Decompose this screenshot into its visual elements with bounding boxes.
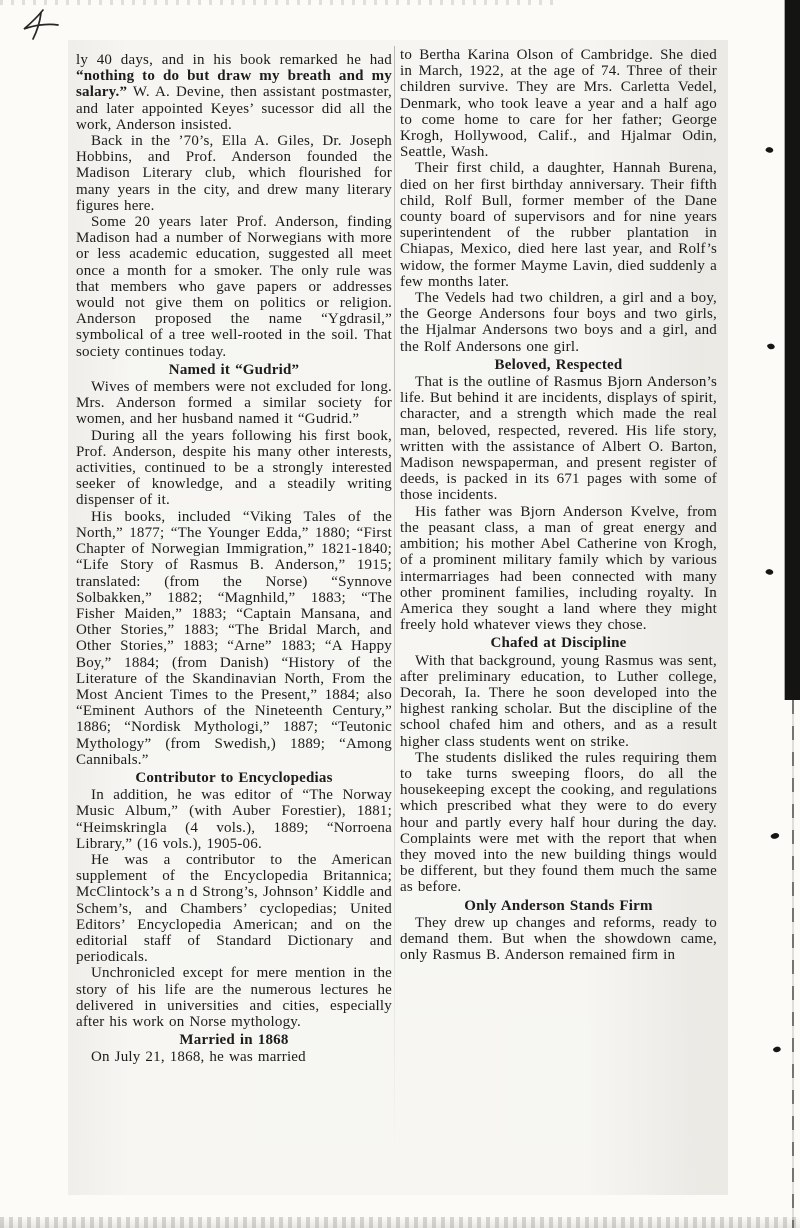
article-left-column: ly 40 days, and in his book remarked he … (76, 52, 392, 1066)
ink-speck (765, 145, 774, 154)
article-paragraph: The Vedels had two children, a girl and … (400, 290, 717, 355)
handwritten-four-glyph (18, 6, 62, 46)
body-text: They drew up changes and reforms, ready … (400, 915, 717, 963)
body-text: The students disliked the rules requirin… (400, 750, 717, 896)
body-text: to Bertha Karina Olson of Cambridge. She… (400, 47, 717, 160)
section-heading: Beloved, Respected (400, 357, 717, 373)
section-heading: Only Anderson Stands Firm (400, 898, 717, 914)
article-paragraph: Some 20 years later Prof. Anderson, find… (76, 214, 392, 360)
section-heading: Chafed at Discipline (400, 635, 717, 651)
body-text: His books, included “Viking Tales of the… (76, 509, 392, 768)
article-paragraph: He was a contributor to the American sup… (76, 852, 392, 965)
body-text: Unchronicled except for mere mention in … (76, 965, 392, 1030)
article-paragraph: That is the outline of Rasmus Bjorn Ande… (400, 374, 717, 504)
article-paragraph: His father was Bjorn Anderson Kvelve, fr… (400, 504, 717, 634)
article-right-column: to Bertha Karina Olson of Cambridge. She… (400, 47, 717, 963)
scan-edge-black-bar (785, 0, 800, 700)
body-text: That is the outline of Rasmus Bjorn Ande… (400, 374, 717, 503)
article-paragraph: The students disliked the rules requirin… (400, 750, 717, 896)
ink-speck (772, 1045, 781, 1054)
article-paragraph: ly 40 days, and in his book remarked he … (76, 52, 392, 133)
column-divider-rule (394, 46, 395, 1151)
body-text: Back in the ’70’s, Ella A. Giles, Dr. Jo… (76, 133, 392, 214)
body-text: The Vedels had two children, a girl and … (400, 290, 717, 355)
article-paragraph: to Bertha Karina Olson of Cambridge. She… (400, 47, 717, 160)
scan-noise-bottom (0, 1217, 800, 1228)
newspaper-scan-page: ly 40 days, and in his book remarked he … (0, 0, 800, 1228)
handwritten-page-number (18, 6, 62, 46)
body-text: Their first child, a daughter, Hannah Bu… (400, 160, 717, 289)
ink-speck (765, 567, 774, 576)
article-paragraph: During all the years following his first… (76, 428, 392, 509)
section-heading: Married in 1868 (76, 1032, 392, 1048)
section-heading: Named it “Gudrid” (76, 362, 392, 378)
article-paragraph: On July 21, 1868, he was married (76, 1049, 392, 1065)
body-text: In addition, he was editor of “The Norwa… (76, 787, 392, 852)
article-paragraph: Back in the ’70’s, Ella A. Giles, Dr. Jo… (76, 133, 392, 214)
ink-speck (770, 831, 780, 841)
body-text: His father was Bjorn Anderson Kvelve, fr… (400, 504, 717, 633)
body-text: Wives of members were not excluded for l… (76, 379, 392, 427)
article-paragraph: Wives of members were not excluded for l… (76, 379, 392, 428)
article-paragraph: In addition, he was editor of “The Norwa… (76, 787, 392, 852)
body-text: ly 40 days, and in his book remarked he … (76, 52, 392, 68)
article-paragraph: They drew up changes and reforms, ready … (400, 915, 717, 964)
ink-speck (767, 342, 776, 350)
article-paragraph: Their first child, a daughter, Hannah Bu… (400, 160, 717, 290)
scan-noise-top (0, 0, 560, 5)
article-paragraph: His books, included “Viking Tales of the… (76, 509, 392, 768)
body-text: With that background, young Rasmus was s… (400, 653, 717, 750)
section-heading: Contributor to Encyclopedias (76, 770, 392, 786)
article-paragraph: With that background, young Rasmus was s… (400, 653, 717, 750)
body-text: He was a contributor to the American sup… (76, 852, 392, 965)
body-text: Some 20 years later Prof. Anderson, find… (76, 214, 392, 360)
body-text: On July 21, 1868, he was married (91, 1049, 306, 1065)
article-paragraph: Unchronicled except for mere mention in … (76, 965, 392, 1030)
body-text: During all the years following his first… (76, 428, 392, 509)
scan-edge-line-lower (792, 700, 794, 1228)
